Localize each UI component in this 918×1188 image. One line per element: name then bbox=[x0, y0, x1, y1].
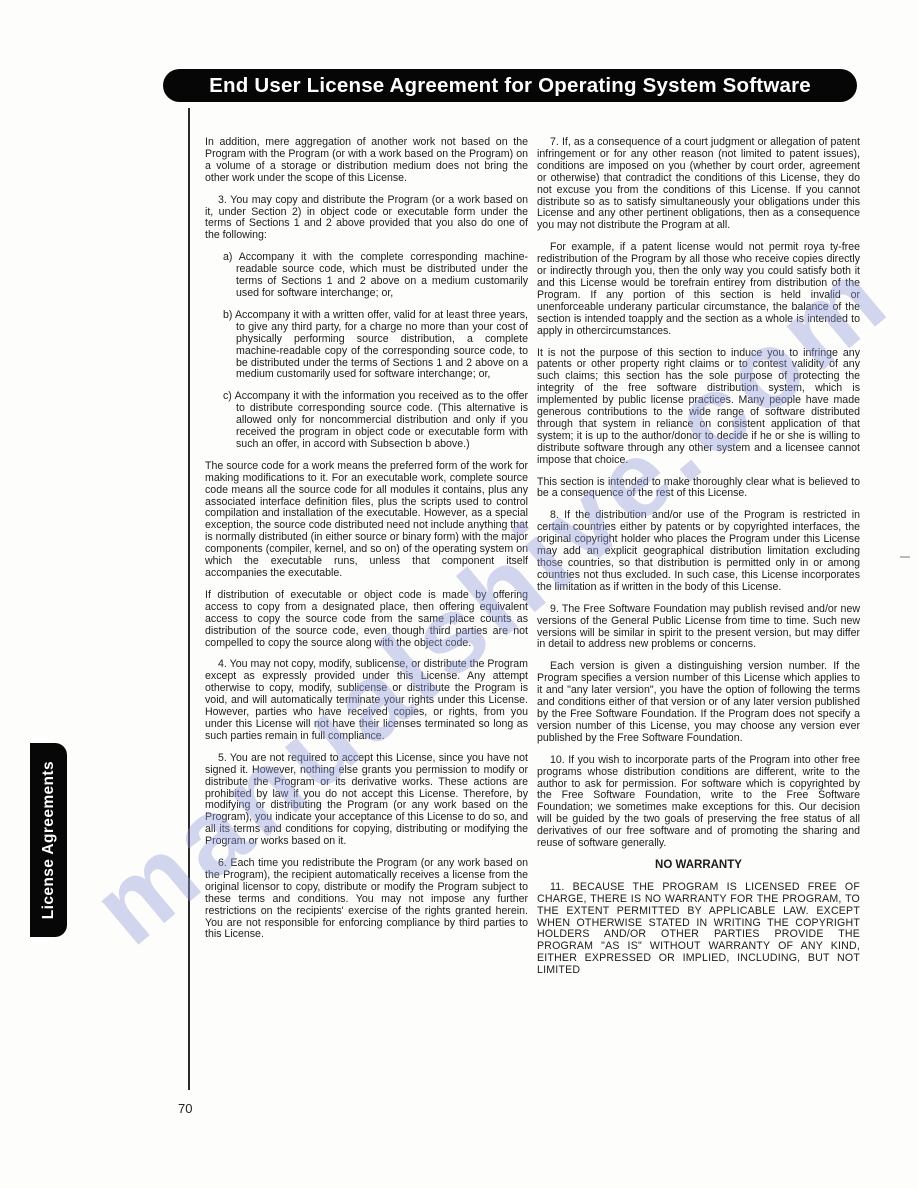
scan-edge-artifact bbox=[900, 556, 910, 558]
paragraph: 4. You may not copy, modify, sublicense,… bbox=[205, 659, 528, 742]
scanned-manual-page: End User License Agreement for Operating… bbox=[0, 0, 918, 1188]
paragraph: In addition, mere aggregation of another… bbox=[205, 137, 528, 185]
license-text-column-left: In addition, mere aggregation of another… bbox=[205, 137, 528, 951]
list-item-b: b) Accompany it with a written offer, va… bbox=[205, 310, 528, 381]
page-number: 70 bbox=[178, 1101, 192, 1116]
no-warranty-heading: NO WARRANTY bbox=[537, 860, 860, 872]
paragraph: For example, if a patent license would n… bbox=[537, 242, 860, 337]
list-item-a: a) Accompany it with the complete corres… bbox=[205, 252, 528, 300]
paragraph: This section is intended to make thoroug… bbox=[537, 477, 860, 501]
paragraph: The source code for a work means the pre… bbox=[205, 461, 528, 580]
paragraph: 3. You may copy and distribute the Progr… bbox=[205, 195, 528, 243]
paragraph: If distribution of executable or object … bbox=[205, 590, 528, 650]
paragraph: 6. Each time you redistribute the Progra… bbox=[205, 858, 528, 941]
list-item-c: c) Accompany it with the information you… bbox=[205, 391, 528, 451]
paragraph: It is not the purpose of this section to… bbox=[537, 348, 860, 467]
paragraph: Each version is given a distinguishing v… bbox=[537, 661, 860, 744]
paragraph: 7. If, as a consequence of a court judgm… bbox=[537, 137, 860, 232]
section-tab-license-agreements: License Agreements bbox=[30, 743, 67, 937]
warranty-paragraph: 11. BECAUSE THE PROGRAM IS LICENSED FREE… bbox=[537, 882, 860, 977]
paragraph: 5. You are not required to accept this L… bbox=[205, 753, 528, 848]
section-tab-label: License Agreements bbox=[40, 761, 58, 919]
paragraph: 9. The Free Software Foundation may publ… bbox=[537, 604, 860, 652]
header-bar: End User License Agreement for Operating… bbox=[163, 69, 857, 102]
license-text-column-right: 7. If, as a consequence of a court judgm… bbox=[537, 137, 860, 987]
left-vertical-rule bbox=[188, 108, 190, 1090]
paragraph: 8. If the distribution and/or use of the… bbox=[537, 510, 860, 593]
paragraph: 10. If you wish to incorporate parts of … bbox=[537, 755, 860, 850]
page-title: End User License Agreement for Operating… bbox=[209, 74, 811, 98]
